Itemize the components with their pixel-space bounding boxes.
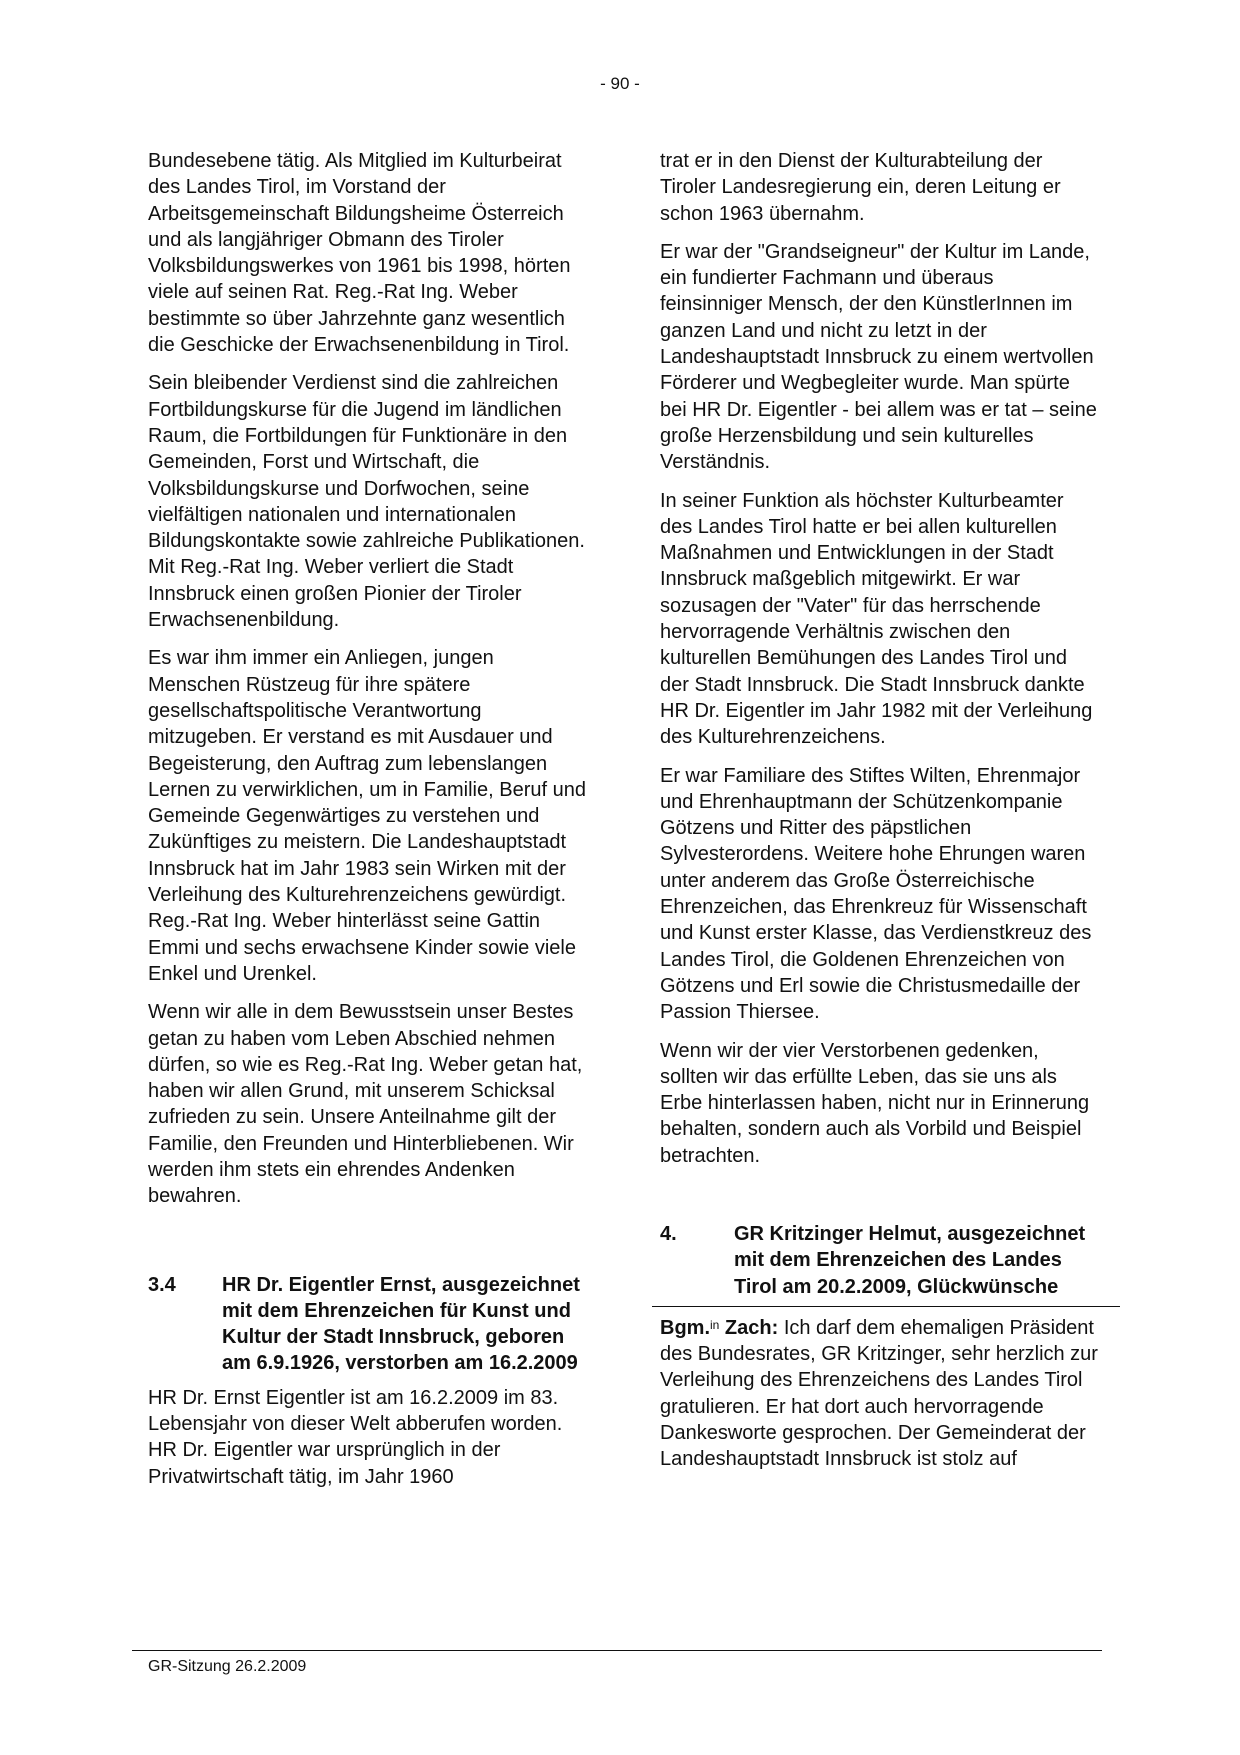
speaker-surname: Zach: xyxy=(725,1317,778,1339)
page-number: - 90 - xyxy=(0,74,1240,94)
left-column: Bundesebene tätig. Als Mitglied im Kultu… xyxy=(148,148,588,1502)
section-number: 4. xyxy=(660,1221,734,1300)
paragraph: trat er in den Dienst der Kulturabteilun… xyxy=(660,148,1100,227)
paragraph: HR Dr. Ernst Eigentler ist am 16.2.2009 … xyxy=(148,1385,588,1490)
paragraph: Sein bleibender Verdienst sind die zahlr… xyxy=(148,370,588,633)
section-title: GR Kritzinger Helmut, ausgezeichnet mit … xyxy=(734,1221,1100,1300)
speaker-title: Bgm. xyxy=(660,1317,710,1339)
section-heading: 3.4 HR Dr. Eigentler Ernst, ausgezeichne… xyxy=(148,1272,588,1377)
heading-divider xyxy=(652,1306,1120,1307)
paragraph: Wenn wir alle in dem Bewusstsein unser B… xyxy=(148,999,588,1209)
paragraph: Er war Familiare des Stiftes Wilten, Ehr… xyxy=(660,763,1100,1026)
right-column: trat er in den Dienst der Kulturabteilun… xyxy=(660,148,1100,1485)
speaker-superscript: in xyxy=(710,1318,719,1332)
section-number: 3.4 xyxy=(148,1272,222,1377)
paragraph: In seiner Funktion als höchster Kulturbe… xyxy=(660,488,1100,751)
paragraph: Er war der "Grandseigneur" der Kultur im… xyxy=(660,239,1100,476)
paragraph: Es war ihm immer ein Anliegen, jungen Me… xyxy=(148,645,588,987)
section-title: HR Dr. Eigentler Ernst, ausgezeichnet mi… xyxy=(222,1272,588,1377)
footer-text: GR-Sitzung 26.2.2009 xyxy=(148,1658,306,1676)
footer-divider xyxy=(132,1650,1102,1651)
speaker-text: Ich darf dem ehemaligen Präsident des Bu… xyxy=(660,1317,1098,1470)
paragraph: Bundesebene tätig. Als Mitglied im Kultu… xyxy=(148,148,588,358)
section-heading: 4. GR Kritzinger Helmut, ausgezeichnet m… xyxy=(660,1221,1100,1300)
speaker-paragraph: Bgm.in Zach: Ich darf dem ehemaligen Prä… xyxy=(660,1315,1100,1473)
paragraph: Wenn wir der vier Verstorbenen gedenken,… xyxy=(660,1038,1100,1169)
